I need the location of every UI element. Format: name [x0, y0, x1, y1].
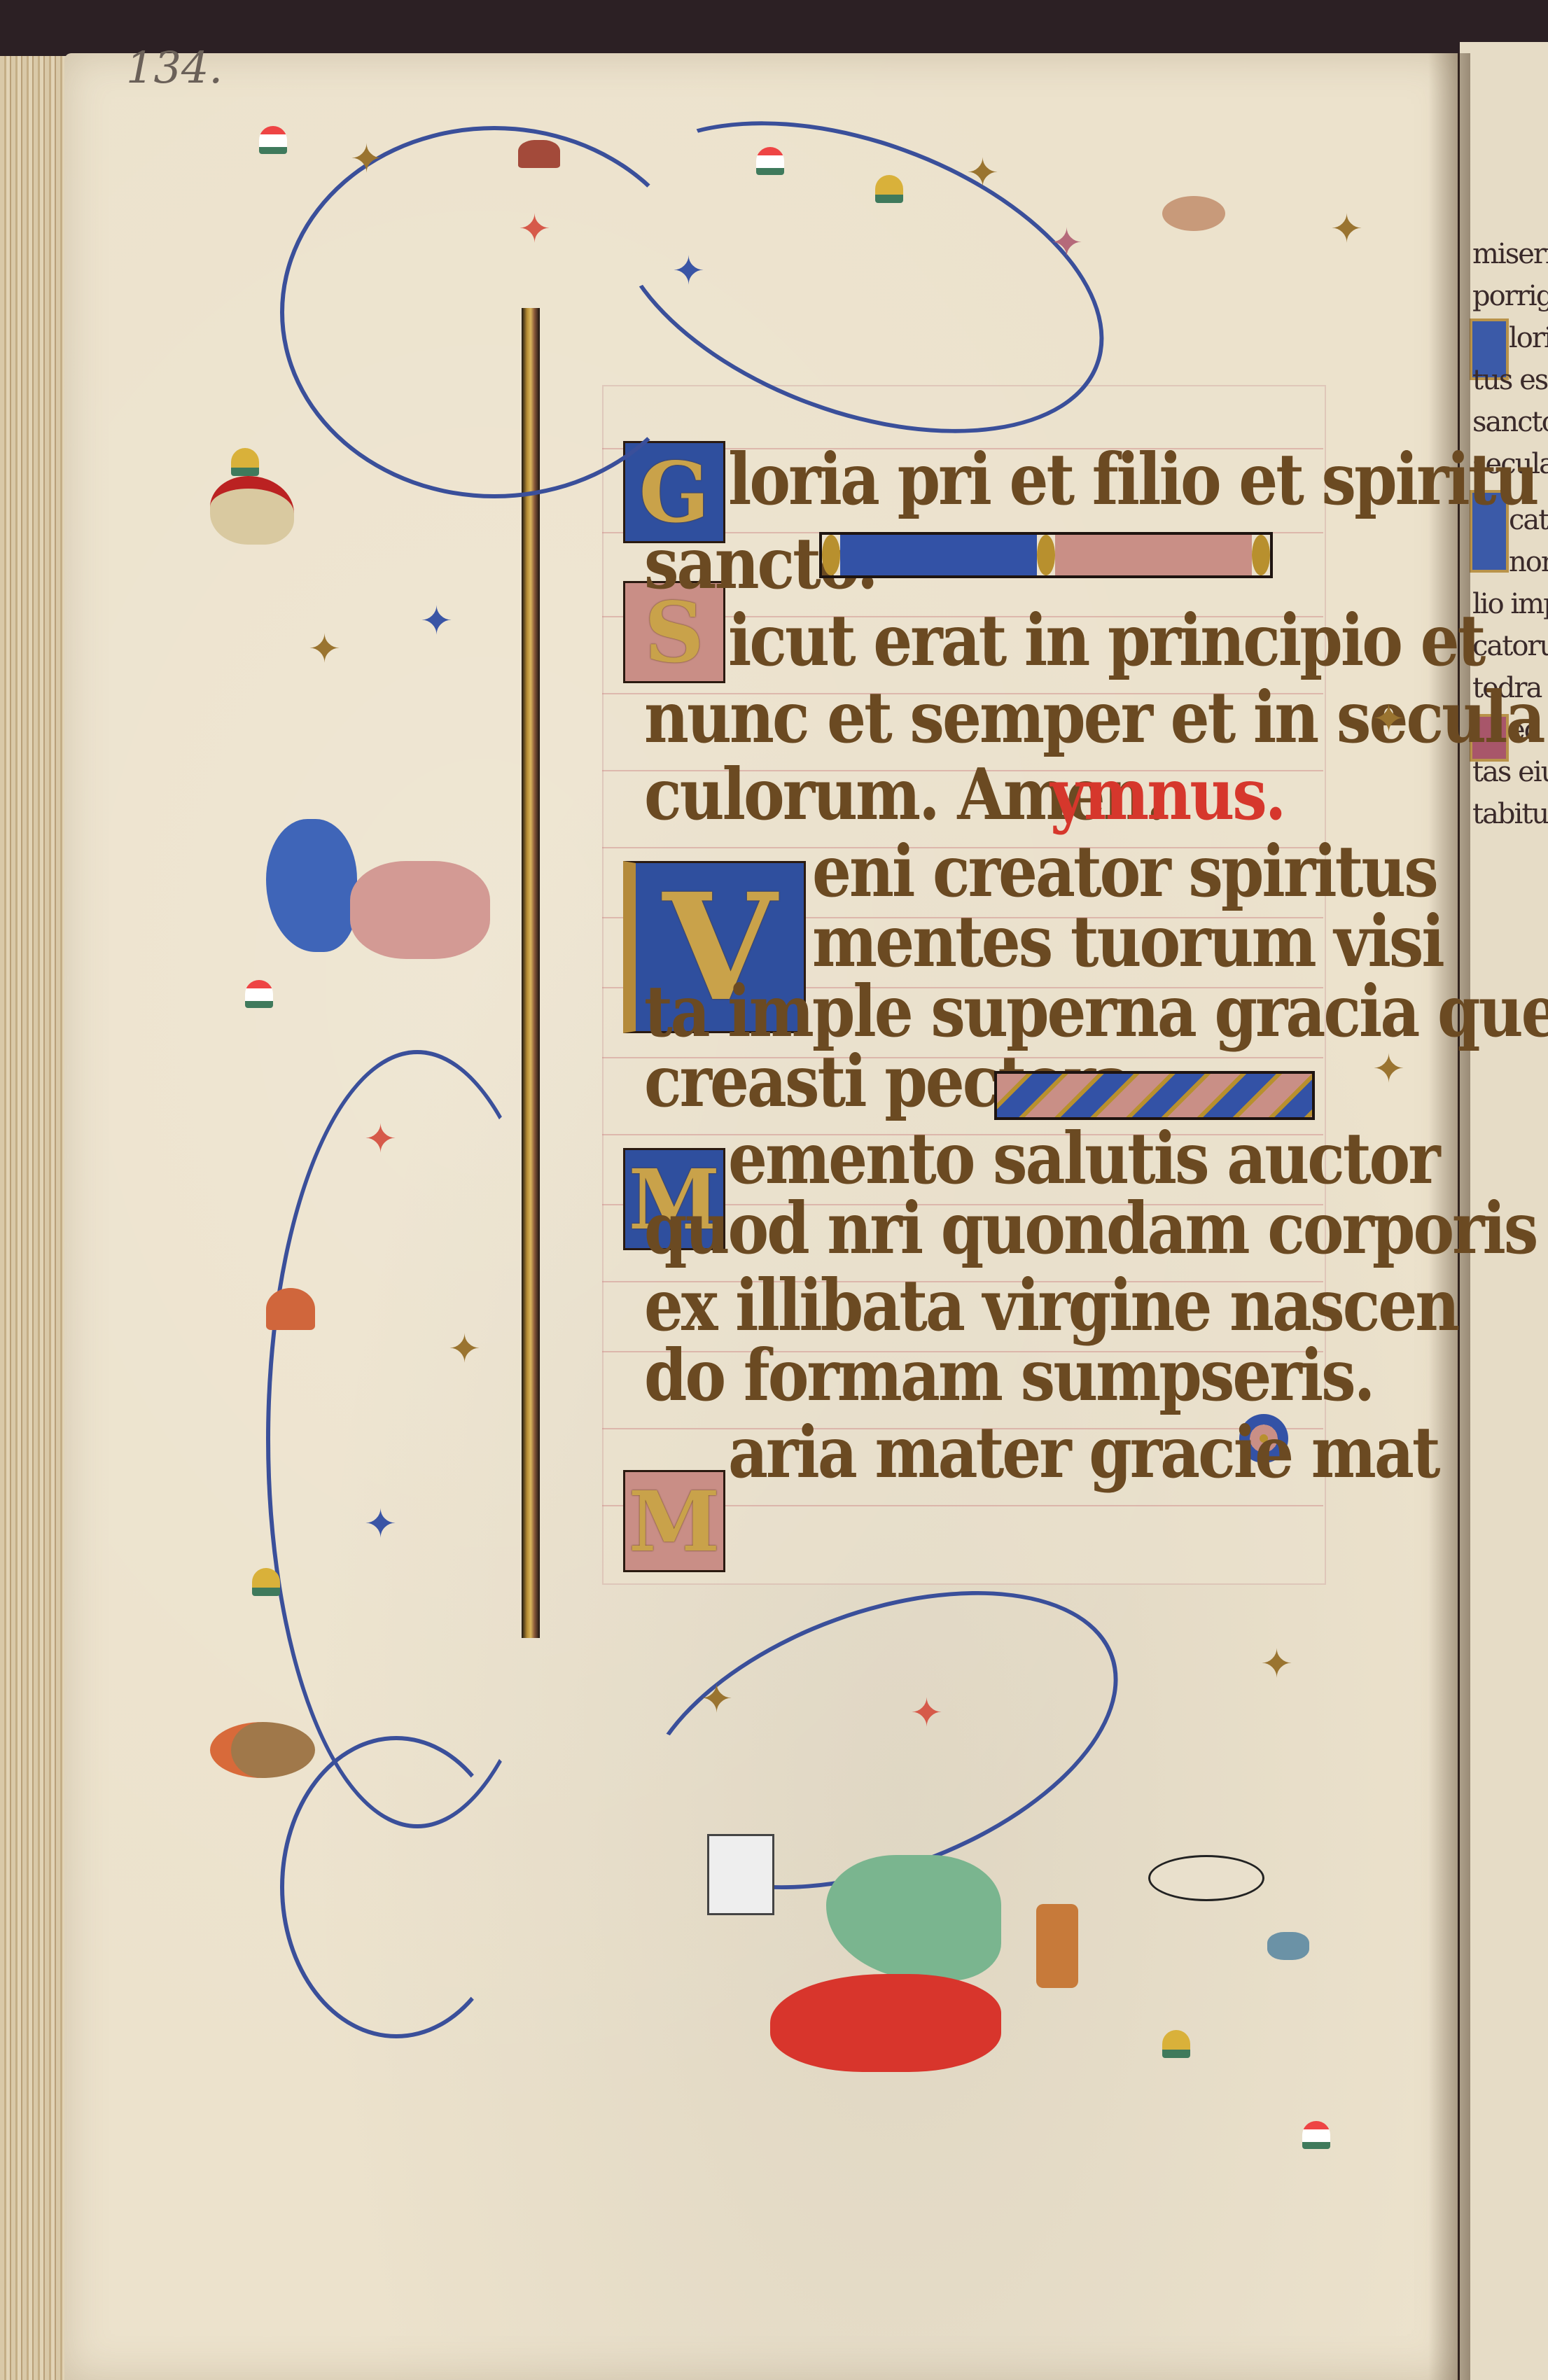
ivy-leaf: ✦ — [1372, 700, 1405, 739]
ivy-leaf: ✦ — [364, 1120, 397, 1159]
line-filler-zigzag — [994, 1071, 1315, 1120]
text-line: icut erat in principio et — [728, 598, 1484, 682]
gold-bud — [875, 175, 903, 203]
facing-line: tabitur d — [1472, 798, 1548, 830]
butterfly-icon — [1267, 1932, 1309, 1960]
ivy-leaf: ✦ — [350, 140, 383, 179]
text-line: aria mater gracie mat — [728, 1410, 1439, 1494]
facing-line: loria tibi — [1509, 322, 1548, 354]
facing-line: porrige et bo — [1472, 280, 1548, 312]
ivy-leaf: ✦ — [672, 252, 705, 291]
ivy-leaf: ✦ — [1260, 1645, 1293, 1684]
folio-number: 134. — [126, 42, 223, 93]
ivy-leaf: ✦ — [1330, 210, 1363, 249]
thistle-flower — [756, 147, 784, 175]
thistle-flower — [1302, 2121, 1330, 2149]
thistle-flower — [259, 126, 287, 154]
butterfly-icon — [266, 1288, 315, 1330]
text-line: quod nri quondam corporis — [644, 1186, 1536, 1270]
initial-M-maria: M — [623, 1470, 725, 1572]
bird-icon — [1148, 1855, 1264, 1901]
ivy-leaf: ✦ — [1372, 1050, 1405, 1089]
ivy-leaf: ✦ — [700, 1680, 733, 1719]
ivy-leaf: ✦ — [420, 602, 453, 641]
rubric-hymnus: ymnus. — [1050, 752, 1284, 836]
robin-icon — [210, 1722, 315, 1778]
gold-bud — [252, 1568, 280, 1596]
gold-bud — [231, 448, 259, 476]
grotesque-beast-body-icon — [350, 861, 490, 959]
ivy-leaf: ✦ — [448, 1330, 481, 1369]
facing-line: tas eius: — [1472, 756, 1548, 788]
text-line: nunc et semper et in secula se — [644, 675, 1548, 759]
vine-scroll — [266, 1050, 569, 1828]
hoe-icon — [707, 1834, 774, 1915]
facing-line: nom — [1509, 546, 1548, 578]
ivy-leaf: ✦ — [518, 210, 551, 249]
ivy-leaf: ✦ — [966, 154, 999, 193]
ivy-leaf: ✦ — [1050, 224, 1083, 263]
text-line: loria pri et filio et spiritu — [728, 437, 1537, 521]
ivy-leaf: ✦ — [364, 1505, 397, 1544]
vine-scroll — [280, 1736, 512, 2038]
facing-line: sancto spiritu — [1472, 406, 1548, 438]
thistle-flower — [245, 980, 273, 1008]
background-cloth — [0, 0, 1548, 56]
ivy-leaf: ✦ — [910, 1694, 943, 1733]
page-stack-fore-edge — [0, 56, 67, 2380]
hybrid-woman-legs-icon — [770, 1974, 1001, 2072]
lantern-icon — [1036, 1904, 1078, 1988]
facing-line: tus es di virg — [1472, 364, 1548, 396]
text-line: do formam sumpseris. — [644, 1333, 1373, 1417]
gold-bud — [1162, 2030, 1190, 2058]
bird-icon — [1162, 196, 1225, 231]
butterfly-icon — [518, 140, 560, 168]
ivy-leaf: ✦ — [308, 630, 341, 669]
facing-line: misericordie — [1472, 238, 1548, 270]
line-filler — [819, 532, 1273, 578]
